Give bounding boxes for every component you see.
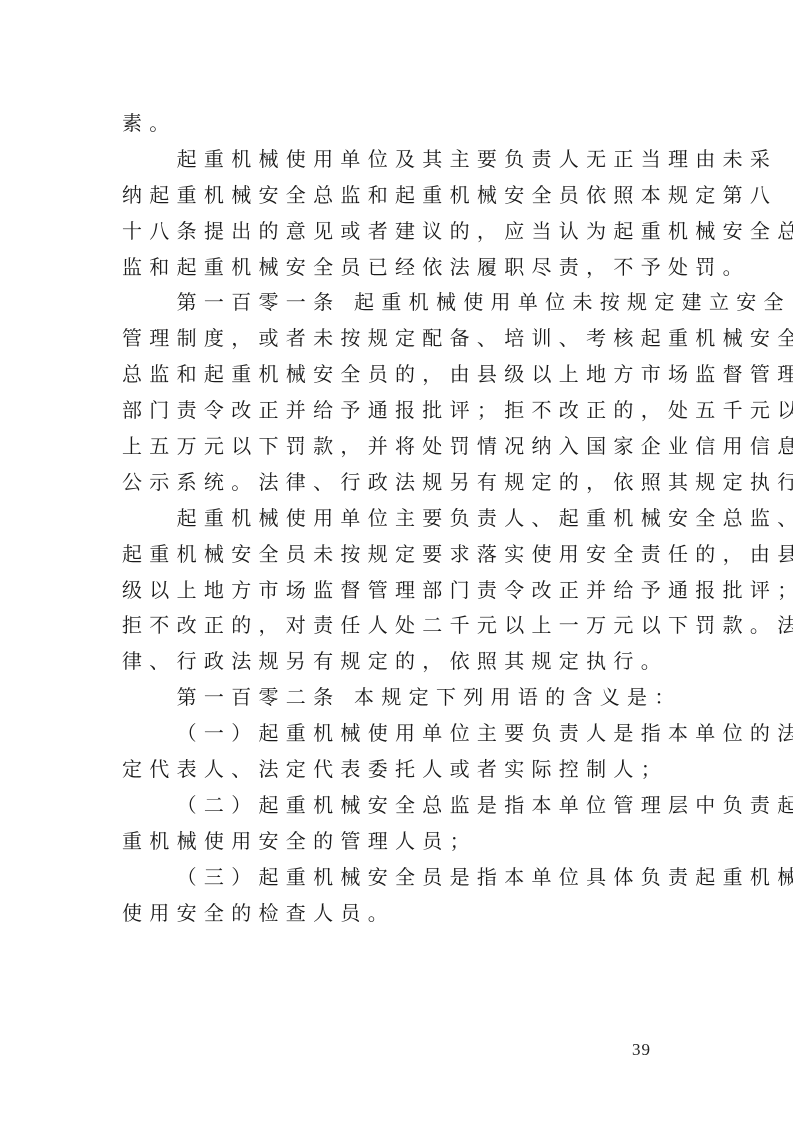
definition-item-1: （一）起重机械使用单位主要负责人是指本单位的法 bbox=[122, 716, 674, 752]
text-line: 定代表人、法定代表委托人或者实际控制人； bbox=[122, 752, 674, 788]
text-line: 重机械使用安全的管理人员； bbox=[122, 824, 674, 860]
text-line: 起重机械安全员未按规定要求落实使用安全责任的，由县 bbox=[122, 537, 674, 573]
text-line: 纳起重机械安全总监和起重机械安全员依照本规定第八 bbox=[122, 178, 674, 214]
text-line: 律、行政法规另有规定的，依照其规定执行。 bbox=[122, 644, 674, 680]
article-102-heading-line: 第一百零二条 本规定下列用语的含义是： bbox=[122, 680, 674, 716]
text-line: 级以上地方市场监督管理部门责令改正并给予通报批评； bbox=[122, 573, 674, 609]
text-line: 管理制度，或者未按规定配备、培训、考核起重机械安全 bbox=[122, 321, 674, 357]
text-line: 上五万元以下罚款，并将处罚情况纳入国家企业信用信息 bbox=[122, 429, 674, 465]
text-line: 十八条提出的意见或者建议的，应当认为起重机械安全总 bbox=[122, 214, 674, 250]
paragraph-start-line: 起重机械使用单位主要负责人、起重机械安全总监、 bbox=[122, 501, 674, 537]
definition-item-3: （三）起重机械安全员是指本单位具体负责起重机械 bbox=[122, 860, 674, 896]
article-101-heading-line: 第一百零一条 起重机械使用单位未按规定建立安全 bbox=[122, 285, 674, 321]
definition-item-2: （二）起重机械安全总监是指本单位管理层中负责起 bbox=[122, 788, 674, 824]
paragraph-start-line: 起重机械使用单位及其主要负责人无正当理由未采 bbox=[122, 142, 674, 178]
text-line: 部门责令改正并给予通报批评；拒不改正的，处五千元以 bbox=[122, 393, 674, 429]
document-body: 素。 起重机械使用单位及其主要负责人无正当理由未采 纳起重机械安全总监和起重机械… bbox=[122, 106, 674, 931]
page-number: 39 bbox=[632, 1040, 651, 1060]
text-line: 拒不改正的，对责任人处二千元以上一万元以下罚款。法 bbox=[122, 608, 674, 644]
text-line: 使用安全的检查人员。 bbox=[122, 896, 674, 932]
text-line: 素。 bbox=[122, 106, 674, 142]
text-line: 监和起重机械安全员已经依法履职尽责，不予处罚。 bbox=[122, 250, 674, 286]
text-line: 公示系统。法律、行政法规另有规定的，依照其规定执行。 bbox=[122, 465, 674, 501]
text-line: 总监和起重机械安全员的，由县级以上地方市场监督管理 bbox=[122, 357, 674, 393]
